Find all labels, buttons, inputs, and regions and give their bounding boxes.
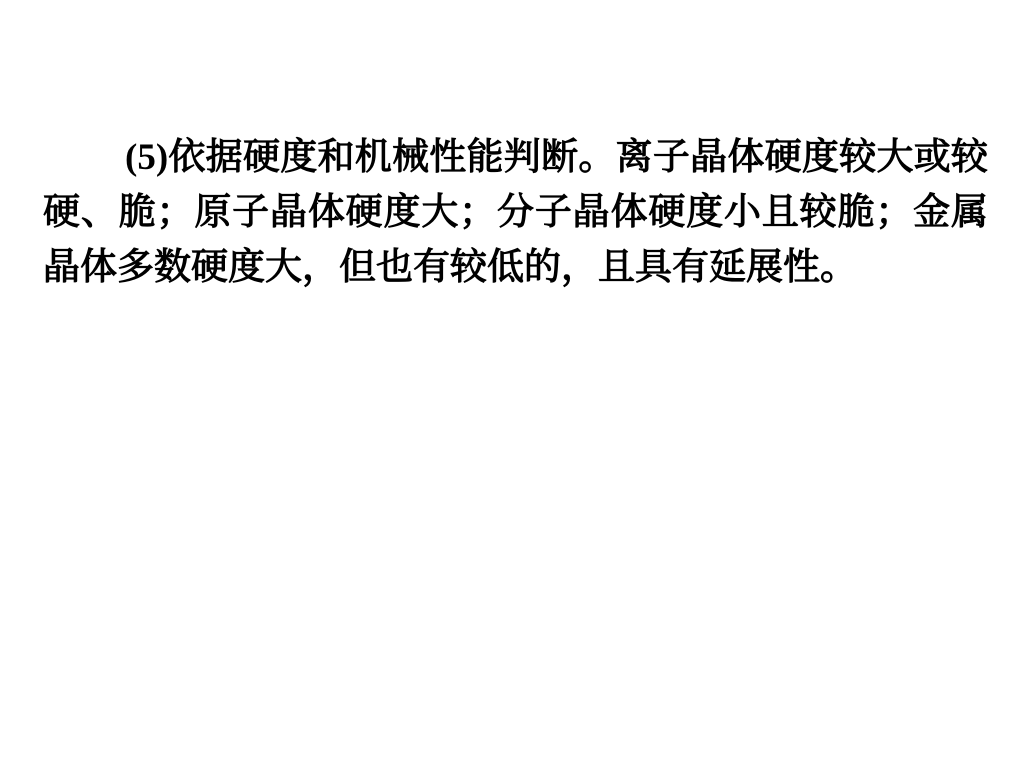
slide-canvas: (5)依据硬度和机械性能判断。离子晶体硬度较大或较硬、脆；原子晶体硬度大；分子晶… xyxy=(0,0,1024,768)
paragraph-body-text: 依据硬度和机械性能判断。离子晶体硬度较大或较硬、脆；原子晶体硬度大；分子晶体硬度… xyxy=(43,137,988,288)
paragraph-number-marker: (5) xyxy=(125,137,168,178)
slide-paragraph: (5)依据硬度和机械性能判断。离子晶体硬度较大或较硬、脆；原子晶体硬度大；分子晶… xyxy=(43,130,988,295)
